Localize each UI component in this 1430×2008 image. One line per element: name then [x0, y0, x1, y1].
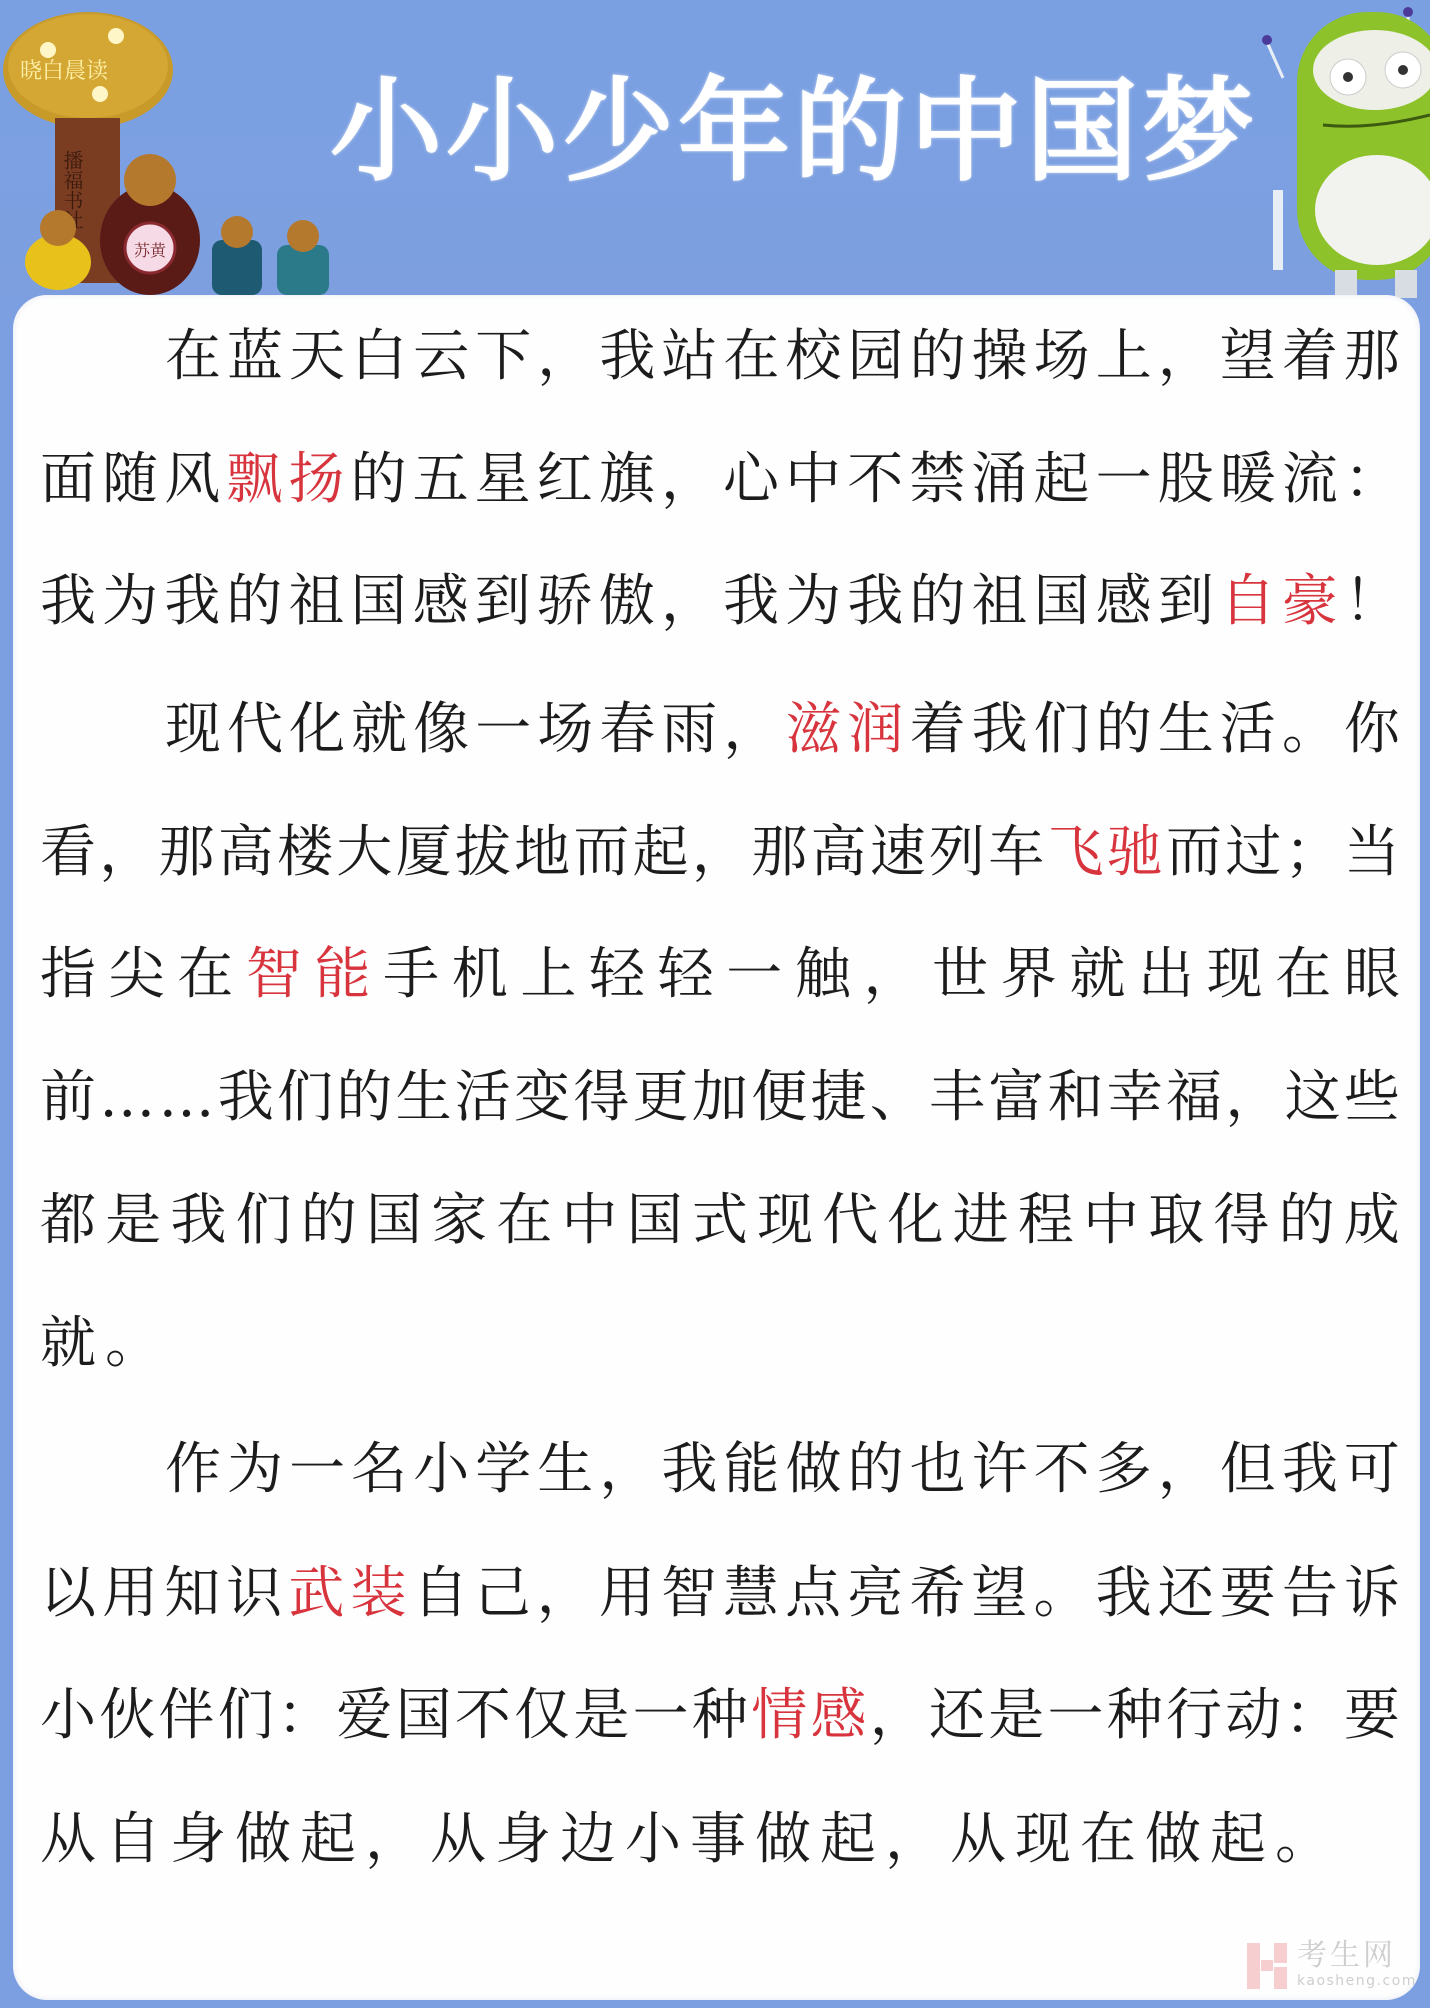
essay-char: 站 — [661, 322, 717, 392]
essay-char: 用 — [599, 1559, 655, 1629]
essay-char: 园 — [848, 322, 904, 392]
essay-char: 。 — [105, 1309, 161, 1379]
essay-char: 禁 — [909, 445, 965, 515]
essay-char: 富 — [988, 1063, 1044, 1133]
essay-char: 小 — [625, 1805, 681, 1875]
essay-char: 化 — [887, 1186, 943, 1256]
essay-char: 事 — [690, 1805, 746, 1875]
essay-char: 我 — [170, 1186, 226, 1256]
essay-char: 看 — [40, 818, 96, 888]
essay-char: 小 — [413, 1435, 469, 1505]
essay-char: ， — [661, 445, 717, 515]
essay-char: 我 — [40, 567, 96, 637]
essay-char: 但 — [1220, 1435, 1276, 1505]
essay-char: 、 — [870, 1063, 926, 1133]
essay-char: 而 — [573, 818, 629, 888]
essay-char: 中 — [1083, 1186, 1139, 1256]
essay-char: 一 — [1096, 445, 1152, 515]
essay-line: 以用知识武装自己，用智慧点亮希望。我还要告诉 — [40, 1559, 1400, 1629]
essay-char: 幸 — [1107, 1063, 1163, 1133]
essay-char: 种 — [1107, 1681, 1163, 1751]
essay-line: 在蓝天白云下，我站在校园的操场上，望着那 — [165, 322, 1400, 392]
essay-char: 那 — [751, 818, 807, 888]
essay-char: 。 — [1034, 1559, 1090, 1629]
essay-char: 都 — [40, 1186, 96, 1256]
highlighted-char: 滋 — [785, 695, 841, 765]
essay-char: 场 — [537, 695, 593, 765]
essay-char: 便 — [751, 1063, 807, 1133]
essay-char: 代 — [227, 695, 283, 765]
essay-char: 现 — [165, 695, 221, 765]
essay-char: 车 — [988, 818, 1044, 888]
essay-char: 现 — [1015, 1805, 1071, 1875]
essay-char: 一 — [1048, 1681, 1104, 1751]
essay-char: 地 — [514, 818, 570, 888]
essay-char: 我 — [1282, 1435, 1338, 1505]
essay-char: 成 — [1344, 1186, 1400, 1256]
essay-char: 告 — [1282, 1559, 1338, 1629]
highlighted-char: 情 — [751, 1681, 807, 1751]
essay-line: 指尖在智能手机上轻轻一触，世界就出现在眼 — [40, 940, 1400, 1010]
essay-char: 生 — [396, 1063, 452, 1133]
essay-char: 名 — [351, 1435, 407, 1505]
essay-char: 行 — [1166, 1681, 1222, 1751]
essay-char: ： — [1285, 1681, 1341, 1751]
essay-char: 的 — [336, 1063, 392, 1133]
essay-char: ， — [537, 322, 593, 392]
essay-char: 的 — [910, 322, 966, 392]
essay-char: 在 — [177, 940, 233, 1010]
essay-char: 起 — [300, 1805, 356, 1875]
essay-char: 随 — [102, 445, 158, 515]
essay-char: 五 — [413, 445, 469, 515]
essay-char: 多 — [1096, 1435, 1152, 1505]
essay-char: 一 — [726, 940, 782, 1010]
essay-char: 的 — [1096, 695, 1152, 765]
essay-char: 还 — [1158, 1559, 1214, 1629]
essay-char: 操 — [972, 322, 1028, 392]
essay-char: 面 — [40, 445, 96, 515]
essay-char: 。 — [1275, 1805, 1331, 1875]
essay-char: 可 — [1344, 1435, 1400, 1505]
essay-char: 我 — [847, 567, 903, 637]
essay-char: 加 — [692, 1063, 748, 1133]
essay-char: 望 — [1220, 322, 1276, 392]
essay-char: 伴 — [159, 1681, 215, 1751]
essay-char: 就 — [351, 695, 407, 765]
essay-char: 前 — [40, 1063, 96, 1133]
essay-line: 作为一名小学生，我能做的也许不多，但我可 — [165, 1435, 1400, 1505]
essay-char: 轻 — [589, 940, 645, 1010]
essay-char: 是 — [988, 1681, 1044, 1751]
essay-char: ： — [277, 1681, 333, 1751]
highlighted-char: 润 — [848, 695, 904, 765]
essay-char: 天 — [289, 322, 345, 392]
essay-char: 触 — [795, 940, 851, 1010]
green-robot-illustration-icon — [1205, 0, 1430, 300]
essay-char: 在 — [723, 322, 779, 392]
highlighted-char: 武 — [288, 1559, 344, 1629]
essay-char: 国 — [350, 567, 406, 637]
essay-char: 做 — [235, 1805, 291, 1875]
essay-char: ， — [864, 940, 920, 1010]
essay-char: 旗 — [599, 445, 655, 515]
essay-char: 身 — [170, 1805, 226, 1875]
highlighted-char: 豪 — [1282, 567, 1338, 637]
essay-char: 们 — [218, 1681, 274, 1751]
essay-char: 你 — [1344, 695, 1400, 765]
essay-char: 现 — [1207, 940, 1263, 1010]
essay-char: 丰 — [929, 1063, 985, 1133]
page-title: 小小少年的中国梦 — [330, 62, 1258, 202]
essay-char: 的 — [1279, 1186, 1335, 1256]
essay-char: 从 — [950, 1805, 1006, 1875]
essay-char: 也 — [910, 1435, 966, 1505]
essay-char: 起 — [1034, 445, 1090, 515]
essay-char: 心 — [723, 445, 779, 515]
essay-char: ， — [365, 1805, 421, 1875]
essay-char: 做 — [1145, 1805, 1201, 1875]
essay-line: 前……我们的生活变得更加便捷、丰富和幸福，这些 — [40, 1063, 1400, 1133]
essay-char: 从 — [430, 1805, 486, 1875]
essay-char: 出 — [1138, 940, 1194, 1010]
essay-char: ， — [723, 695, 779, 765]
essay-char: 得 — [573, 1063, 629, 1133]
essay-char: 的 — [350, 445, 406, 515]
essay-char: 一 — [633, 1681, 689, 1751]
essay-char: 许 — [972, 1435, 1028, 1505]
essay-char: 而 — [1166, 818, 1222, 888]
essay-char: 骄 — [537, 567, 593, 637]
essay-char: 不 — [1034, 1435, 1090, 1505]
essay-char: 当 — [1344, 818, 1400, 888]
essay-char: 起 — [820, 1805, 876, 1875]
essay-char: 识 — [226, 1559, 282, 1629]
essay-char: ， — [537, 1559, 593, 1629]
essay-line: 就。 — [40, 1309, 1400, 1379]
essay-char: 变 — [514, 1063, 570, 1133]
highlighted-char: 自 — [1220, 567, 1276, 637]
essay-char: 手 — [383, 940, 439, 1010]
essay-char: 从 — [40, 1805, 96, 1875]
essay-char: 式 — [692, 1186, 748, 1256]
essay-char: 在 — [1275, 940, 1331, 1010]
essay-char: 我 — [723, 567, 779, 637]
essay-char: 一 — [289, 1435, 345, 1505]
essay-char: 雨 — [661, 695, 717, 765]
essay-char: 学 — [475, 1435, 531, 1505]
essay-char: ， — [1158, 1435, 1214, 1505]
highlighted-char: 装 — [350, 1559, 406, 1629]
essay-char: 指 — [40, 940, 96, 1010]
essay-char: 那 — [159, 818, 215, 888]
essay-char: 是 — [573, 1681, 629, 1751]
essay-char: 仅 — [514, 1681, 570, 1751]
essay-char: 边 — [560, 1805, 616, 1875]
essay-char: 活 — [1220, 695, 1276, 765]
kaosheng-logo-icon — [1247, 1943, 1287, 1989]
essay-char: 感 — [1096, 567, 1152, 637]
highlighted-char: 能 — [315, 940, 371, 1010]
essay-char: 机 — [452, 940, 508, 1010]
essay-char: 世 — [932, 940, 988, 1010]
essay-char: 风 — [164, 445, 220, 515]
tree-bears-illustration-icon: 晓白晨读 播福书社 苏黄 — [0, 0, 340, 300]
svg-text:苏黄: 苏黄 — [134, 241, 167, 260]
essay-char: 大 — [336, 818, 392, 888]
essay-char: … — [99, 1063, 155, 1133]
essay-char: 在 — [496, 1186, 552, 1256]
essay-char: 校 — [785, 322, 841, 392]
essay-line: 都是我们的国家在中国式现代化进程中取得的成 — [40, 1186, 1400, 1256]
essay-char: ， — [692, 818, 748, 888]
essay-char: 捷 — [810, 1063, 866, 1133]
essay-char: 知 — [164, 1559, 220, 1629]
essay-char: 们 — [277, 1063, 333, 1133]
essay-char: 拔 — [455, 818, 511, 888]
essay-char: 这 — [1285, 1063, 1341, 1133]
essay-char: 祖 — [971, 567, 1027, 637]
essay-char: 的 — [301, 1186, 357, 1256]
essay-char: 像 — [413, 695, 469, 765]
essay-char: ， — [1225, 1063, 1281, 1133]
essay-char: 做 — [755, 1805, 811, 1875]
essay-char: 现 — [757, 1186, 813, 1256]
essay-char: 活 — [455, 1063, 511, 1133]
essay-char: 界 — [1001, 940, 1057, 1010]
essay-char: 作 — [165, 1435, 221, 1505]
watermark: 考生网 kaosheng.com — [1247, 1940, 1412, 1992]
essay-char: … — [159, 1063, 215, 1133]
essay-char: 点 — [785, 1559, 841, 1629]
essay-char: ， — [885, 1805, 941, 1875]
essay-char: 用 — [102, 1559, 158, 1629]
essay-char: 还 — [929, 1681, 985, 1751]
essay-char: 小 — [40, 1681, 96, 1751]
essay-char: 家 — [431, 1186, 487, 1256]
essay-char: 我 — [1096, 1559, 1152, 1629]
essay-char: 我 — [164, 567, 220, 637]
essay-char: 是 — [105, 1186, 161, 1256]
essay-char: 云 — [413, 322, 469, 392]
essay-char: 的 — [848, 1435, 904, 1505]
essay-line: 我为我的祖国感到骄傲，我为我的祖国感到自豪！ — [40, 567, 1400, 637]
essay-char: 伙 — [99, 1681, 155, 1751]
essay-char: 望 — [971, 1559, 1027, 1629]
essay-char: 高 — [218, 818, 274, 888]
essay-line: 从自身做起，从身边小事做起，从现在做起。 — [40, 1805, 1400, 1875]
essay-char: 得 — [1213, 1186, 1269, 1256]
essay-char: 的 — [909, 567, 965, 637]
essay-char: 眼 — [1344, 940, 1400, 1010]
essay-char: 红 — [537, 445, 593, 515]
essay-char: 着 — [910, 695, 966, 765]
essay-char: 到 — [1158, 567, 1214, 637]
essay-char: 着 — [1282, 322, 1338, 392]
essay-char: 涌 — [971, 445, 1027, 515]
essay-char: 就 — [1069, 940, 1125, 1010]
essay-char: 厦 — [396, 818, 452, 888]
essay-char: 不 — [847, 445, 903, 515]
highlighted-char: 飘 — [226, 445, 282, 515]
essay-char: 福 — [1166, 1063, 1222, 1133]
essay-char: 为 — [785, 567, 841, 637]
essay-char: 为 — [102, 567, 158, 637]
essay-char: 自 — [105, 1805, 161, 1875]
essay-char: 国 — [366, 1186, 422, 1256]
essay-char: 国 — [627, 1186, 683, 1256]
essay-char: 代 — [822, 1186, 878, 1256]
essay-char: 流 — [1282, 445, 1338, 515]
essay-char: 上 — [1096, 322, 1152, 392]
essay-char: 化 — [289, 695, 345, 765]
essay-char: 生 — [537, 1435, 593, 1505]
essay-char: ， — [99, 818, 155, 888]
essay-char: 我 — [661, 1435, 717, 1505]
essay-char: 些 — [1344, 1063, 1400, 1133]
essay-char: 在 — [165, 322, 221, 392]
essay-char: 轻 — [658, 940, 714, 1010]
watermark-name: 考生网 — [1297, 1938, 1396, 1974]
essay-line: 看，那高楼大厦拔地而起，那高速列车飞驰而过；当 — [40, 818, 1400, 888]
essay-char: 亮 — [847, 1559, 903, 1629]
essay-char: 种 — [692, 1681, 748, 1751]
highlighted-char: 驰 — [1107, 818, 1163, 888]
essay-char: 生 — [1158, 695, 1214, 765]
essay-char: 列 — [929, 818, 985, 888]
essay-char: 取 — [1148, 1186, 1204, 1256]
essay-char: 不 — [455, 1681, 511, 1751]
header-banner: 晓白晨读 播福书社 苏黄 小小少年的中国梦 — [0, 0, 1430, 300]
essay-char: 程 — [1018, 1186, 1074, 1256]
essay-char: 为 — [227, 1435, 283, 1505]
essay-char: 下 — [475, 322, 531, 392]
essay-char: 过 — [1225, 818, 1281, 888]
watermark-domain: kaosheng.com — [1297, 1973, 1417, 1989]
essay-char: ： — [1344, 445, 1400, 515]
essay-char: 慧 — [723, 1559, 779, 1629]
essay-char: 诉 — [1344, 1559, 1400, 1629]
essay-char: 就 — [40, 1309, 96, 1379]
essay-char: 中 — [785, 445, 841, 515]
essay-char: ， — [870, 1681, 926, 1751]
essay-char: 场 — [1034, 322, 1090, 392]
essay-char: 要 — [1220, 1559, 1276, 1629]
essay-char: 蓝 — [227, 322, 283, 392]
essay-char: ！ — [1344, 567, 1400, 637]
essay-char: 我 — [218, 1063, 274, 1133]
essay-char: ， — [1158, 322, 1214, 392]
essay-char: 国 — [396, 1681, 452, 1751]
essay-char: 做 — [785, 1435, 841, 1505]
essay-line: 现代化就像一场春雨，滋润着我们的生活。你 — [165, 695, 1400, 765]
essay-char: 的 — [226, 567, 282, 637]
essay-char: 尖 — [109, 940, 165, 1010]
svg-text:晓白晨读: 晓白晨读 — [20, 59, 108, 84]
essay-char: 星 — [475, 445, 531, 515]
essay-char: 傲 — [599, 567, 655, 637]
essay-char: 我 — [972, 695, 1028, 765]
essay-char: 我 — [599, 322, 655, 392]
essay-char: 进 — [953, 1186, 1009, 1256]
essay-char: 更 — [633, 1063, 689, 1133]
highlighted-char: 飞 — [1048, 818, 1104, 888]
essay-char: 在 — [1080, 1805, 1136, 1875]
essay-char: 。 — [1282, 695, 1338, 765]
essay-char: 感 — [413, 567, 469, 637]
essay-char: 一 — [475, 695, 531, 765]
essay-char: 起 — [1210, 1805, 1266, 1875]
essay-char: 暖 — [1220, 445, 1276, 515]
essay-char: 们 — [1034, 695, 1090, 765]
essay-char: 以 — [40, 1559, 96, 1629]
essay-char: 要 — [1344, 1681, 1400, 1751]
highlighted-char: 感 — [810, 1681, 866, 1751]
essay-char: ， — [661, 567, 717, 637]
essay-char: 到 — [475, 567, 531, 637]
essay-char: 们 — [236, 1186, 292, 1256]
essay-line: 面随风飘扬的五星红旗，心中不禁涌起一股暖流： — [40, 445, 1400, 515]
essay-char: 春 — [599, 695, 655, 765]
essay-char: 股 — [1158, 445, 1214, 515]
essay-char: ； — [1285, 818, 1341, 888]
essay-char: 国 — [1034, 567, 1090, 637]
essay-char: 上 — [520, 940, 576, 1010]
essay-char: 那 — [1344, 322, 1400, 392]
essay-char: 楼 — [277, 818, 333, 888]
essay-char: 能 — [723, 1435, 779, 1505]
essay-char: 高 — [810, 818, 866, 888]
essay-char: 己 — [475, 1559, 531, 1629]
essay-char: 智 — [661, 1559, 717, 1629]
essay-line: 小伙伴们：爱国不仅是一种情感，还是一种行动：要 — [40, 1681, 1400, 1751]
highlighted-char: 智 — [246, 940, 302, 1010]
essay-char: 和 — [1048, 1063, 1104, 1133]
essay-char: 身 — [495, 1805, 551, 1875]
essay-char: 起 — [633, 818, 689, 888]
highlighted-char: 扬 — [288, 445, 344, 515]
essay-char: 中 — [562, 1186, 618, 1256]
essay-char: 自 — [413, 1559, 469, 1629]
essay-char: 爱 — [336, 1681, 392, 1751]
essay-char: 祖 — [288, 567, 344, 637]
essay-char: 白 — [351, 322, 407, 392]
essay-char: ， — [599, 1435, 655, 1505]
essay-char: 动 — [1225, 1681, 1281, 1751]
essay-char: 速 — [870, 818, 926, 888]
essay-char: 希 — [909, 1559, 965, 1629]
